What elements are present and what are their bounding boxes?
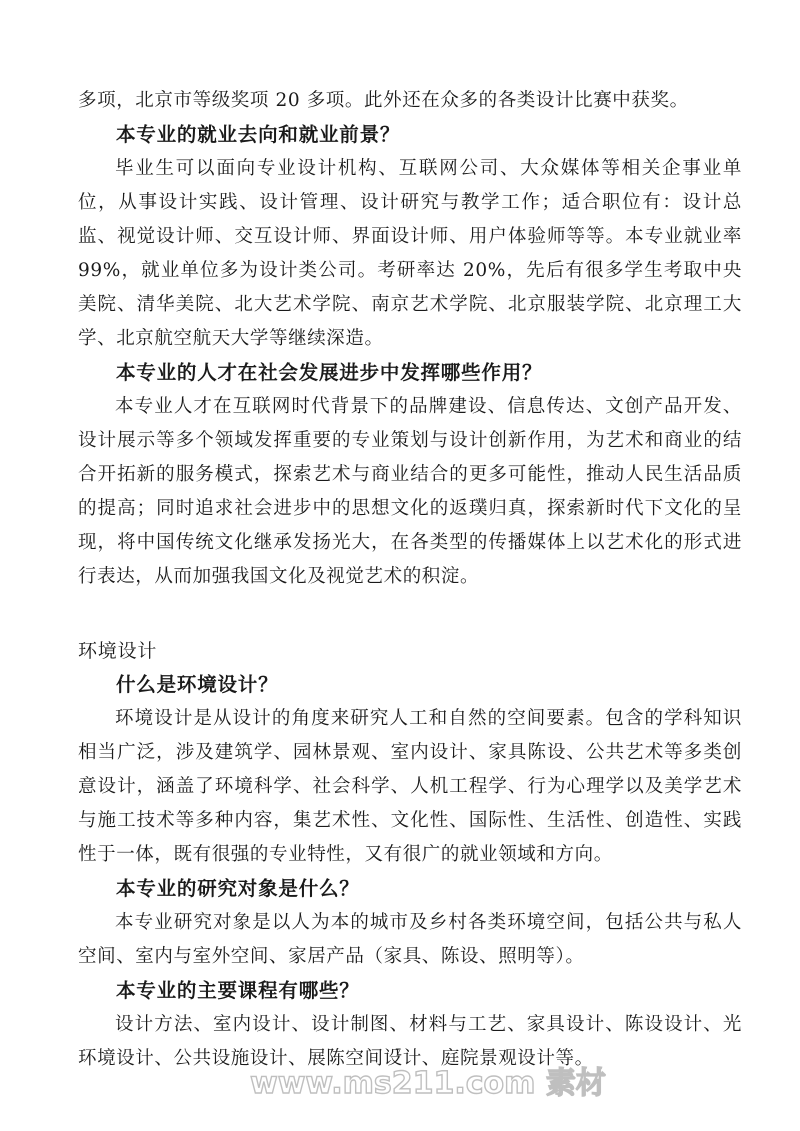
question-heading-courses: 本专业的主要课程有哪些？ (78, 974, 742, 1008)
document-page: 多项，北京市等级奖项 20 多项。此外还在众多的各类设计比赛中获奖。 本专业的就… (78, 84, 742, 1076)
section-spacer (78, 594, 742, 634)
question-heading-social-role: 本专业的人才在社会发展进步中发挥哪些作用？ (78, 356, 742, 390)
answer-paragraph-social-role: 本专业人才在互联网时代背景下的品牌建设、信息传达、文创产品开发、设计展示等多个领… (78, 390, 742, 594)
question-heading-what-is: 什么是环境设计？ (78, 668, 742, 702)
question-heading-employment: 本专业的就业去向和就业前景？ (78, 118, 742, 152)
answer-paragraph-employment: 毕业生可以面向专业设计机构、互联网公司、大众媒体等相关企事业单位，从事设计实践、… (78, 152, 742, 356)
section-title: 环境设计 (78, 634, 742, 668)
question-heading-research-object: 本专业的研究对象是什么？ (78, 872, 742, 906)
answer-paragraph-what-is: 环境设计是从设计的角度来研究人工和自然的空间要素。包含的学科知识相当广泛，涉及建… (78, 702, 742, 872)
continuation-paragraph: 多项，北京市等级奖项 20 多项。此外还在众多的各类设计比赛中获奖。 (78, 84, 742, 118)
answer-paragraph-research-object: 本专业研究对象是以人为本的城市及乡村各类环境空间，包括公共与私人空间、室内与室外… (78, 906, 742, 974)
watermark: www.ms211.com 素材 (250, 1058, 606, 1102)
